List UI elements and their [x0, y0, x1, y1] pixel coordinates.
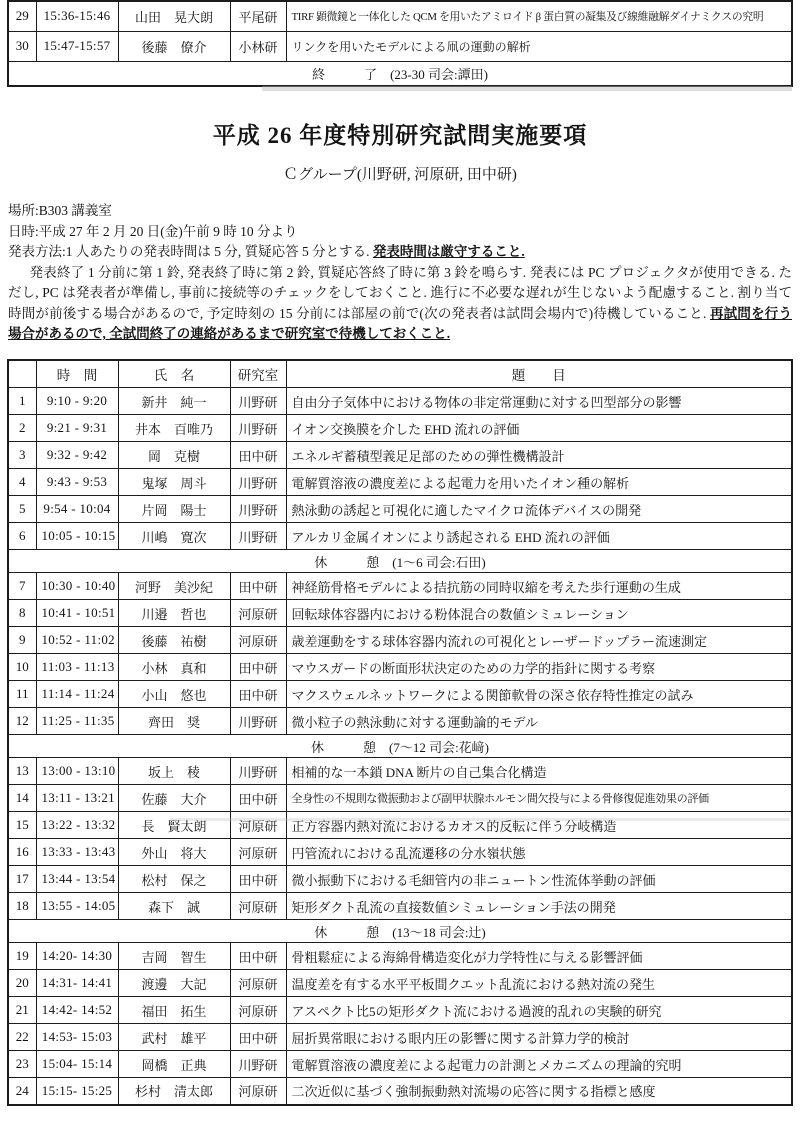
table-row: 1011:03 - 11:13小林 真和田中研マウスガードの断面形状決定のための…: [8, 654, 792, 681]
row-number-cell: 6: [8, 523, 36, 550]
row-number-cell: 15: [8, 812, 36, 839]
title-cell: 神経筋骨格モデルによる拮抗筋の同時収縮を考えた歩行運動の生成: [286, 573, 792, 600]
time-cell: 9:43 - 9:53: [36, 469, 118, 496]
title-cell: 正方容器内熱対流におけるカオス的反転に伴う分岐構造: [286, 812, 792, 839]
break-row: 休 憩 (7～12 司会:花﨑): [8, 735, 792, 758]
lab-cell: 河原研: [230, 970, 286, 997]
name-cell: 坂上 稜: [118, 758, 230, 785]
row-number-cell: 18: [8, 893, 36, 920]
time-cell: 10:52 - 11:02: [36, 627, 118, 654]
table-row: 2915:36-15:46山田 晃大朗平尾研TIRF 顕微鏡と一体化した QCM…: [8, 1, 792, 31]
title-cell: マウスガードの断面形状決定のための力学的指針に関する考察: [286, 654, 792, 681]
name-cell: 小山 悠也: [118, 681, 230, 708]
time-cell: 10:30 - 10:40: [36, 573, 118, 600]
lab-cell: 河原研: [230, 812, 286, 839]
row-number-cell: 4: [8, 469, 36, 496]
row-number-cell: 29: [8, 1, 36, 31]
row-number-cell: 17: [8, 866, 36, 893]
header-time: 時 間: [36, 360, 118, 388]
name-cell: 山田 晃大朗: [118, 1, 230, 31]
row-number-cell: 10: [8, 654, 36, 681]
table-row: 19:10 - 9:20新井 純一川野研自由分子気体中における物体の非定常運動に…: [8, 388, 792, 415]
table-row: 2214:53- 15:03武村 雄平田中研屈折異常眼における眼内圧の影響に関す…: [8, 1024, 792, 1051]
schedule-table: 時 間 氏 名 研究室 題 目 19:10 - 9:20新井 純一川野研自由分子…: [7, 359, 793, 1106]
time-cell: 15:04- 15:14: [36, 1051, 118, 1078]
table-row: 39:32 - 9:42岡 克樹田中研エネルギ蓄積型義足足部のための弾性機構設計: [8, 442, 792, 469]
venue-line: 場所:B303 講義室: [8, 201, 792, 222]
name-cell: 杉村 清太郎: [118, 1078, 230, 1105]
title-cell: 骨粗鬆症による海綿骨構造変化が力学特性に与える影響評価: [286, 943, 792, 970]
name-cell: 松村 保之: [118, 866, 230, 893]
table-row: 1211:25 - 11:35齊田 奨川野研微小粒子の熱泳動に対する運動論的モデ…: [8, 708, 792, 735]
lab-cell: 田中研: [230, 442, 286, 469]
time-cell: 15:47-15:57: [36, 31, 118, 61]
time-cell: 9:32 - 9:42: [36, 442, 118, 469]
lab-cell: 川野研: [230, 415, 286, 442]
name-cell: 齊田 奨: [118, 708, 230, 735]
lab-cell: 川野研: [230, 758, 286, 785]
lab-cell: 田中研: [230, 943, 286, 970]
row-number-cell: 11: [8, 681, 36, 708]
name-cell: 後藤 祐樹: [118, 627, 230, 654]
instructions-text: 発表終了 1 分前に第 1 鈴, 発表終了時に第 2 鈴, 質疑応答終了時に第 …: [8, 265, 792, 321]
lab-cell: 川野研: [230, 523, 286, 550]
title-cell: 屈折異常眼における眼内圧の影響に関する計算力学的検討: [286, 1024, 792, 1051]
title-cell: 二次近似に基づく強制振動熱対流場の応答に関する指標と感度: [286, 1078, 792, 1105]
method-text: 発表方法:1 人あたりの発表時間は 5 分, 質疑応答 5 分とする.: [8, 244, 373, 259]
method-emphasis: 発表時間は厳守すること.: [373, 244, 525, 259]
row-number-cell: 3: [8, 442, 36, 469]
schedule-section: 時 間 氏 名 研究室 題 目 19:10 - 9:20新井 純一川野研自由分子…: [0, 359, 800, 1106]
time-cell: 13:22 - 13:32: [36, 812, 118, 839]
time-cell: 9:10 - 9:20: [36, 388, 118, 415]
row-number-cell: 24: [8, 1078, 36, 1105]
break-label: 休 憩 (13～18 司会:辻): [8, 920, 792, 943]
name-cell: 新井 純一: [118, 388, 230, 415]
lab-cell: 河原研: [230, 1078, 286, 1105]
table-row: 1513:22 - 13:32長 賢太朗河原研正方容器内熱対流におけるカオス的反…: [8, 812, 792, 839]
table-row: 29:21 - 9:31井本 百唯乃川野研イオン交換膜を介した EHD 流れの評…: [8, 415, 792, 442]
time-cell: 13:44 - 13:54: [36, 866, 118, 893]
row-number-cell: 9: [8, 627, 36, 654]
time-cell: 13:00 - 13:10: [36, 758, 118, 785]
row-number-cell: 1: [8, 388, 36, 415]
time-cell: 10:05 - 10:15: [36, 523, 118, 550]
lab-cell: 河原研: [230, 997, 286, 1024]
break-label: 休 憩 (7～12 司会:花﨑): [8, 735, 792, 758]
title-cell: 電解質溶液の濃度差による起電力を用いたイオン種の解析: [286, 469, 792, 496]
name-cell: 後藤 僚介: [118, 31, 230, 61]
previous-table-body: 2915:36-15:46山田 晃大朗平尾研TIRF 顕微鏡と一体化した QCM…: [8, 1, 792, 86]
title-cell: アルカリ金属イオンにより誘起される EHD 流れの評価: [286, 523, 792, 550]
break-row: 休 憩 (1～6 司会:石田): [8, 550, 792, 573]
table-row: 1313:00 - 13:10坂上 稜川野研相補的な一本鎖 DNA 断片の自己集…: [8, 758, 792, 785]
table-row: 1813:55 - 14:05森下 誠河原研矩形ダクト乱流の直接数値シミュレーシ…: [8, 893, 792, 920]
time-cell: 14:20- 14:30: [36, 943, 118, 970]
name-cell: 片岡 陽士: [118, 496, 230, 523]
title-cell: 相補的な一本鎖 DNA 断片の自己集合化構造: [286, 758, 792, 785]
title-cell: エネルギ蓄積型義足足部のための弾性機構設計: [286, 442, 792, 469]
method-line: 発表方法:1 人あたりの発表時間は 5 分, 質疑応答 5 分とする. 発表時間…: [8, 242, 792, 263]
time-cell: 9:54 - 10:04: [36, 496, 118, 523]
title-cell: 円管流れにおける乱流遷移の分水嶺状態: [286, 839, 792, 866]
table-row: 1713:44 - 13:54松村 保之田中研微小振動下における毛細管内の非ニュ…: [8, 866, 792, 893]
info-block: 場所:B303 講義室 日時:平成 27 年 2 月 20 日(金)午前 9 時…: [8, 201, 792, 345]
lab-cell: 川野研: [230, 496, 286, 523]
datetime-line: 日時:平成 27 年 2 月 20 日(金)午前 9 時 10 分より: [8, 222, 792, 243]
lab-cell: 川野研: [230, 1051, 286, 1078]
row-number-cell: 22: [8, 1024, 36, 1051]
header-name: 氏 名: [118, 360, 230, 388]
title-cell: 熱泳動の誘起と可視化に適したマイクロ流体デバイスの開発: [286, 496, 792, 523]
row-number-cell: 30: [8, 31, 36, 61]
row-number-cell: 7: [8, 573, 36, 600]
name-cell: 外山 将大: [118, 839, 230, 866]
title-cell: 電解質溶液の濃度差による起電力の計測とメカニズムの理論的究明: [286, 1051, 792, 1078]
title-cell: 温度差を有する水平平板間クエット乱流における熱対流の発生: [286, 970, 792, 997]
name-cell: 吉岡 智生: [118, 943, 230, 970]
title-cell: 全身性の不規則な微振動および副甲状腺ホルモン間欠投与による骨修復促進効果の評価: [286, 785, 792, 812]
table-row: 2114:42- 14:52福田 拓生河原研アスペクト比5の矩形ダクト流における…: [8, 997, 792, 1024]
name-cell: 佐藤 大介: [118, 785, 230, 812]
name-cell: 川邉 哲也: [118, 600, 230, 627]
lab-cell: 河原研: [230, 839, 286, 866]
lab-cell: 田中研: [230, 1024, 286, 1051]
document-page: 2915:36-15:46山田 晃大朗平尾研TIRF 顕微鏡と一体化した QCM…: [0, 0, 800, 1142]
name-cell: 鬼塚 周斗: [118, 469, 230, 496]
lab-cell: 田中研: [230, 654, 286, 681]
title-cell: TIRF 顕微鏡と一体化した QCM を用いたアミロイド β 蛋白質の凝集及び線…: [286, 1, 792, 31]
time-cell: 13:33 - 13:43: [36, 839, 118, 866]
row-number-cell: 23: [8, 1051, 36, 1078]
time-cell: 14:53- 15:03: [36, 1024, 118, 1051]
row-number-cell: 16: [8, 839, 36, 866]
lab-cell: 田中研: [230, 681, 286, 708]
lab-cell: 平尾研: [230, 1, 286, 31]
table-row: 2415:15- 15:25杉村 清太郎河原研二次近似に基づく強制振動熱対流場の…: [8, 1078, 792, 1105]
name-cell: 川嶋 寛次: [118, 523, 230, 550]
row-number-cell: 14: [8, 785, 36, 812]
lab-cell: 田中研: [230, 573, 286, 600]
time-cell: 15:15- 15:25: [36, 1078, 118, 1105]
name-cell: 岡 克樹: [118, 442, 230, 469]
group-subtitle: Ｃグループ(川野研, 河原研, 田中研): [0, 163, 800, 184]
time-cell: 10:41 - 10:51: [36, 600, 118, 627]
name-cell: 長 賢太朗: [118, 812, 230, 839]
table-row: 710:30 - 10:40河野 美沙紀田中研神経筋骨格モデルによる拮抗筋の同時…: [8, 573, 792, 600]
lab-cell: 田中研: [230, 866, 286, 893]
previous-group-table: 2915:36-15:46山田 晃大朗平尾研TIRF 顕微鏡と一体化した QCM…: [7, 0, 793, 87]
header-number: [8, 360, 36, 388]
time-cell: 14:31- 14:41: [36, 970, 118, 997]
lab-cell: 河原研: [230, 627, 286, 654]
schedule-table-body: 19:10 - 9:20新井 純一川野研自由分子気体中における物体の非定常運動に…: [8, 388, 792, 1105]
table-row: 1111:14 - 11:24小山 悠也田中研マクスウェルネットワークによる関節…: [8, 681, 792, 708]
header-row: 時 間 氏 名 研究室 題 目: [8, 360, 792, 388]
lab-cell: 田中研: [230, 785, 286, 812]
table-row: 1413:11 - 13:21佐藤 大介田中研全身性の不規則な微振動および副甲状…: [8, 785, 792, 812]
name-cell: 井本 百唯乃: [118, 415, 230, 442]
closing-row: 終 了 (23-30 司会:譚田): [8, 61, 792, 86]
title-cell: マクスウェルネットワークによる関節軟骨の深さ依存特性推定の試み: [286, 681, 792, 708]
name-cell: 渡邊 大記: [118, 970, 230, 997]
table-row: 49:43 - 9:53鬼塚 周斗川野研電解質溶液の濃度差による起電力を用いたイ…: [8, 469, 792, 496]
table-row: 2315:04- 15:14岡橋 正典川野研電解質溶液の濃度差による起電力の計測…: [8, 1051, 792, 1078]
table-row: 910:52 - 11:02後藤 祐樹河原研歳差運動をする球体容器内流れの可視化…: [8, 627, 792, 654]
table-row: 610:05 - 10:15川嶋 寛次川野研アルカリ金属イオンにより誘起される …: [8, 523, 792, 550]
page-title: 平成 26 年度特別研究試問実施要項: [0, 117, 800, 150]
title-cell: アスペクト比5の矩形ダクト流における過渡的乱れの実験的研究: [286, 997, 792, 1024]
lab-cell: 河原研: [230, 600, 286, 627]
time-cell: 13:11 - 13:21: [36, 785, 118, 812]
lab-cell: 川野研: [230, 469, 286, 496]
name-cell: 武村 雄平: [118, 1024, 230, 1051]
table-row: 1914:20- 14:30吉岡 智生田中研骨粗鬆症による海綿骨構造変化が力学特…: [8, 943, 792, 970]
title-cell: 歳差運動をする球体容器内流れの可視化とレーザードップラー流速測定: [286, 627, 792, 654]
time-cell: 11:14 - 11:24: [36, 681, 118, 708]
lab-cell: 河原研: [230, 893, 286, 920]
table-row: 59:54 - 10:04片岡 陽士川野研熱泳動の誘起と可視化に適したマイクロ流…: [8, 496, 792, 523]
title-cell: 回転球体容器内における粉体混合の数値シミュレーション: [286, 600, 792, 627]
break-row: 休 憩 (13～18 司会:辻): [8, 920, 792, 943]
row-number-cell: 12: [8, 708, 36, 735]
row-number-cell: 13: [8, 758, 36, 785]
row-number-cell: 21: [8, 997, 36, 1024]
table-row: 3015:47-15:57後藤 僚介小林研リンクを用いたモデルによる凧の運動の解…: [8, 31, 792, 61]
row-number-cell: 5: [8, 496, 36, 523]
lab-cell: 小林研: [230, 31, 286, 61]
closing-label: 終 了 (23-30 司会:譚田): [8, 61, 792, 86]
row-number-cell: 19: [8, 943, 36, 970]
break-label: 休 憩 (1～6 司会:石田): [8, 550, 792, 573]
time-cell: 11:25 - 11:35: [36, 708, 118, 735]
name-cell: 河野 美沙紀: [118, 573, 230, 600]
table-row: 810:41 - 10:51川邉 哲也河原研回転球体容器内における粉体混合の数値…: [8, 600, 792, 627]
title-cell: 微小粒子の熱泳動に対する運動論的モデル: [286, 708, 792, 735]
time-cell: 13:55 - 14:05: [36, 893, 118, 920]
table-row: 2014:31- 14:41渡邊 大記河原研温度差を有する水平平板間クエット乱流…: [8, 970, 792, 997]
time-cell: 11:03 - 11:13: [36, 654, 118, 681]
lab-cell: 川野研: [230, 388, 286, 415]
schedule-table-header: 時 間 氏 名 研究室 題 目: [8, 360, 792, 388]
name-cell: 岡橋 正典: [118, 1051, 230, 1078]
name-cell: 福田 拓生: [118, 997, 230, 1024]
title-cell: 微小振動下における毛細管内の非ニュートン性流体挙動の評価: [286, 866, 792, 893]
time-cell: 9:21 - 9:31: [36, 415, 118, 442]
instructions-paragraph: 発表終了 1 分前に第 1 鈴, 発表終了時に第 2 鈴, 質疑応答終了時に第 …: [8, 263, 792, 345]
title-cell: イオン交換膜を介した EHD 流れの評価: [286, 415, 792, 442]
header-lab: 研究室: [230, 360, 286, 388]
row-number-cell: 2: [8, 415, 36, 442]
name-cell: 小林 真和: [118, 654, 230, 681]
lab-cell: 川野研: [230, 708, 286, 735]
header-title: 題 目: [286, 360, 792, 388]
row-number-cell: 20: [8, 970, 36, 997]
time-cell: 14:42- 14:52: [36, 997, 118, 1024]
name-cell: 森下 誠: [118, 893, 230, 920]
time-cell: 15:36-15:46: [36, 1, 118, 31]
title-cell: 自由分子気体中における物体の非定常運動に対する凹型部分の影響: [286, 388, 792, 415]
row-number-cell: 8: [8, 600, 36, 627]
title-cell: リンクを用いたモデルによる凧の運動の解析: [286, 31, 792, 61]
title-cell: 矩形ダクト乱流の直接数値シミュレーション手法の開発: [286, 893, 792, 920]
table-row: 1613:33 - 13:43外山 将大河原研円管流れにおける乱流遷移の分水嶺状…: [8, 839, 792, 866]
